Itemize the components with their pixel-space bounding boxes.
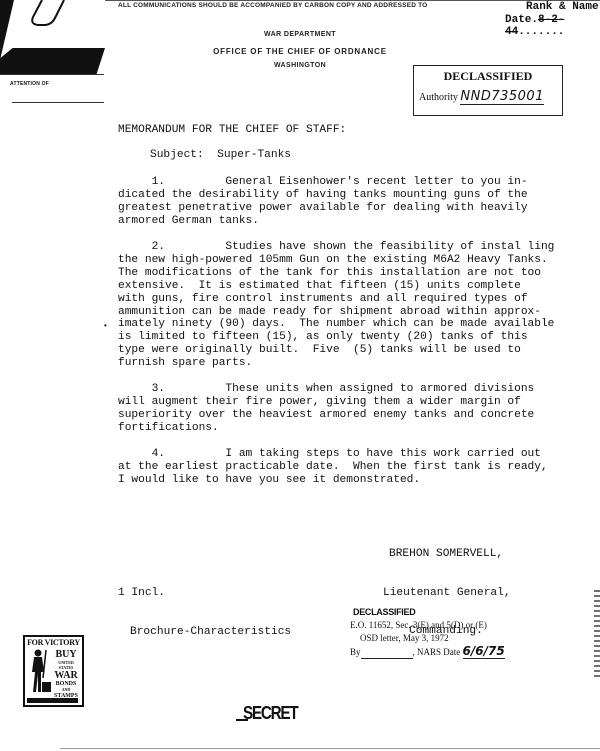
scan-noise [594, 590, 600, 680]
memo-subject: Subject: Super-Tanks [150, 149, 291, 162]
attention-rule-bottom [12, 102, 104, 103]
authority-label: Authority [419, 92, 458, 103]
paragraph-line: at the earliest practicable date. When t… [118, 461, 548, 474]
declassified-stamp-top: DECLASSIFIED Authority NND735001 [413, 65, 563, 116]
paragraph-line: fortifications. [118, 422, 534, 435]
declassified-title: DECLASSIFIED [414, 69, 562, 84]
paragraph-line: is limited to fifteen (15), as only twen… [118, 331, 554, 344]
date-label: Date. [505, 14, 538, 26]
enclosure-item: Brochure-Characteristics [118, 626, 291, 639]
bottom-rule [60, 748, 600, 749]
department-heading: WAR DEPARTMENT [0, 31, 600, 38]
poster-base [27, 698, 78, 703]
paragraph-line: ammunition can be made ready for shipmen… [118, 306, 554, 319]
paragraph-line: extensive. It is estimated that fifteen … [118, 280, 554, 293]
attention-label: ATTENTION OF [10, 81, 49, 87]
poster-title: FOR VICTORY [25, 638, 82, 647]
declassified-signoff: By , NARS Date 6/6/75 [350, 645, 505, 659]
letterhead-note: ALL COMMUNICATIONS SHOULD BE ACCOMPANIED… [118, 2, 427, 9]
office-heading: OFFICE OF THE CHIEF OF ORDNANCE [0, 47, 600, 56]
margin-mark: • [103, 322, 108, 331]
signature-name: BREHON SOMERVELL, [383, 548, 511, 561]
rank-name-label: Rank & Name [526, 1, 599, 13]
paragraph-line: greatest penetrative power available for… [118, 202, 528, 215]
paragraph-line: dicated the desirability of having tanks… [118, 189, 528, 202]
paragraph-line: imately ninety (90) days. The number whi… [118, 318, 554, 331]
paragraph-2: 2. Studies have shown the feasibility of… [118, 241, 554, 370]
paragraph-line: superiority over the heaviest armored en… [118, 409, 534, 422]
attention-rule-top [0, 74, 104, 75]
subject-label: Subject: [150, 149, 204, 161]
by-label: By [350, 647, 361, 657]
declassified-order: E.O. 11652, Sec. 3(E) and 5(D) or (E) [350, 619, 505, 632]
paragraph-line: 2. Studies have shown the feasibility of… [118, 241, 554, 254]
nars-date: 6/6/75 [463, 644, 505, 659]
paragraph-line: will augment their fire power, giving th… [118, 396, 534, 409]
declassified-bottom-title: DECLASSIFIED [350, 606, 505, 619]
paragraph-line: I would like to have you see it demonstr… [118, 474, 548, 487]
nars-label: , NARS Date [413, 647, 461, 657]
war-bonds-poster: FOR VICTORY BUY UNITED STATES WAR BONDS … [23, 635, 84, 707]
poster-line: BUY [52, 650, 80, 660]
by-initials [361, 645, 413, 659]
authority-value: NND735001 [460, 89, 544, 105]
paragraph-line: furnish spare parts. [118, 357, 554, 370]
paragraph-line: type were originally built. Five (5) tan… [118, 344, 554, 357]
signature-rank: Lieutenant General, [383, 587, 511, 600]
poster-line: AND [52, 688, 80, 692]
subject-value: Super-Tanks [217, 149, 291, 161]
paragraph-3: 3. These units when assigned to armored … [118, 383, 534, 435]
memo-addressee: MEMORANDUM FOR THE CHIEF OF STAFF: [118, 124, 346, 137]
declassified-authority: Authority NND735001 [419, 89, 544, 104]
paper-clip-icon [30, 0, 90, 30]
enclosure-block: 1 Incl. Brochure-Characteristics [118, 561, 291, 651]
paragraph-line: The modifications of the tank for this i… [118, 267, 554, 280]
paragraph-line: armored German tanks. [118, 215, 528, 228]
enclosure-count: 1 Incl. [118, 587, 291, 600]
paragraph-line: 4. I am taking steps to have this work c… [118, 448, 548, 461]
paragraph-line: with guns, fire control instruments and … [118, 293, 554, 306]
paragraph-line: 1. General Eisenhower's recent letter to… [118, 176, 528, 189]
poster-line: WAR [52, 671, 80, 681]
paragraph-line: 3. These units when assigned to armored … [118, 383, 534, 396]
declassified-stamp-bottom: DECLASSIFIED E.O. 11652, Sec. 3(E) and 5… [350, 606, 505, 659]
paragraph-1: 1. General Eisenhower's recent letter to… [118, 176, 528, 228]
paragraph-line: the new high-powered 105mm Gun on the ex… [118, 254, 554, 267]
classification-marking: SECRET [243, 703, 297, 724]
paragraph-4: 4. I am taking steps to have this work c… [118, 448, 548, 487]
minuteman-icon [28, 648, 52, 698]
poster-text: BUY UNITED STATES WAR BONDS AND STAMPS [52, 650, 80, 699]
